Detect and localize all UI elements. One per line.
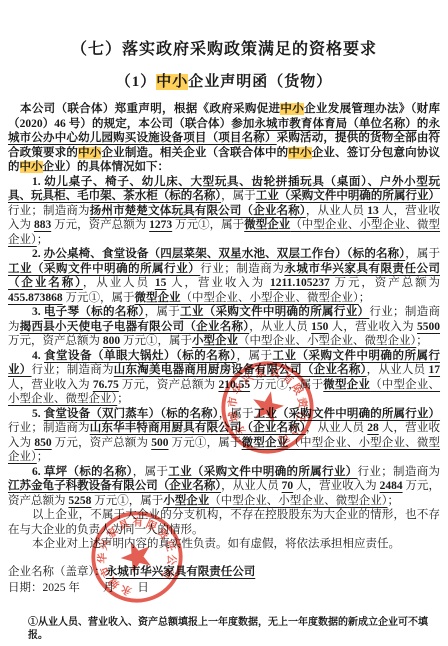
text-run: 1211.105237	[270, 277, 330, 289]
text-run: 万元①，属于	[91, 495, 163, 507]
text-run: 企业）的具体情况如下：	[43, 161, 170, 173]
paragraph: 本公司（联合体）郑重声明，根据《政府采购促进中小企业发展管理办法》（财库（202…	[8, 102, 440, 175]
text-run: 行业；制造商为	[8, 205, 90, 217]
text-run: 5500	[417, 321, 440, 333]
text-run: 210.55	[218, 379, 250, 391]
text-run: 2.	[32, 248, 44, 260]
text-run: 5258	[68, 495, 91, 507]
date-line: 日期：2025 年 月 日	[8, 580, 440, 596]
text-run: 人，营业收入为	[166, 277, 270, 289]
company-name: 永城市华兴家具有限责任公司	[106, 566, 256, 578]
highlighted-text: 中小	[288, 147, 311, 159]
text-run: 企业声明函（货物）	[188, 74, 332, 90]
text-run: 455.873868	[8, 292, 63, 304]
text-run: 万元，资产总额为	[330, 277, 440, 289]
text-run: ，从业人员	[221, 480, 282, 492]
text-run: 万元①，属于	[168, 437, 241, 449]
text-run: ，从业人员	[367, 364, 429, 376]
text-run: 人，营业收入为	[328, 321, 417, 333]
text-run: （中型企业、小型企业、微型企业）	[238, 335, 416, 347]
text-run: 万元①，属于	[250, 379, 323, 391]
text-run: 800	[103, 335, 120, 347]
paragraph: 6. 草坪（标的名称），属于工业（采购文件中明确的所属行业）行业；制造商为江苏金…	[8, 465, 440, 509]
highlighted-text: 中小	[280, 103, 304, 115]
text-run: （中型企业、小型企业、微型企业）	[181, 292, 359, 304]
text-run: 3.	[32, 306, 44, 318]
text-run: ，属于	[221, 190, 256, 202]
text-run: 万元，资产总额为	[52, 437, 152, 449]
text-run: ，从业人员	[83, 277, 155, 289]
text-run: 工业（采购文件中明确的所属行业）	[254, 408, 440, 420]
company-name-line: 企业名称（盖章）：永城市华兴家具有限责任公司	[8, 564, 440, 580]
text-run: ；	[37, 451, 49, 463]
text-run: 人，营业收入为	[293, 480, 379, 492]
text-run: 永城市教育体育局（单位名称）	[254, 118, 416, 130]
text-run: 万元，资产总额为	[8, 335, 103, 347]
text-run: 15	[155, 277, 167, 289]
text-run: 工业（采购文件中明确的所属行业）	[180, 306, 369, 318]
paragraph: 以上企业，不属于大企业的分支机构，不存在控股股东为大企业的情形，也不存在与大企业…	[8, 508, 440, 537]
text-run: 13	[367, 205, 379, 217]
text-run: 微型企业	[242, 437, 289, 449]
text-run: 扬州市楚楚文体玩具有限公司（企业名称）	[90, 205, 306, 217]
text-run: 江苏金龟子科教设备有限公司（企业名称）	[8, 480, 221, 492]
text-run: ；	[117, 393, 129, 405]
text-run: 883	[34, 219, 51, 231]
paragraph: 本企业对上述声明内容的真实性负责。如有虚假，将依法承担相应责任。	[8, 537, 440, 552]
text-run: 4.	[32, 350, 44, 362]
text-run: 草坪（标的名称）	[44, 466, 133, 478]
company-label: 企业名称（盖章）：	[8, 566, 106, 578]
text-run: ，属于	[219, 408, 254, 420]
text-run: ；	[416, 335, 428, 347]
text-run: ，属于	[145, 306, 181, 318]
text-run: 揭西县小天使电子电器有限公司（企业名称）	[20, 321, 249, 333]
text-run: 150	[311, 321, 328, 333]
text-run: 微型企业	[135, 292, 181, 304]
text-run: ；	[388, 495, 400, 507]
text-run: 本公司（联合体）郑重声明，根据《政府采购促进	[20, 103, 280, 115]
highlighted-text: 中小	[78, 147, 101, 159]
text-run: 17	[429, 364, 441, 376]
text-run: 850	[34, 437, 51, 449]
highlighted-text: 中小	[20, 161, 43, 173]
text-run: 行业；制造商为	[358, 466, 441, 478]
paragraph: 3. 电子琴（标的名称），属于工业（采购文件中明确的所属行业）行业；制造商为揭西…	[8, 305, 440, 349]
text-run: 山东华丰特商用厨具有限公司（企业名称）	[90, 422, 306, 434]
text-run: ，属于	[133, 466, 169, 478]
paragraph: 4. 食堂设备（单眼大锅灶）（标的名称），属于工业（采购文件中明确的所属行业）行…	[8, 349, 440, 407]
text-run: 万元①，属于	[120, 335, 192, 347]
text-run: 工业（采购文件中明确的所属行业）	[256, 190, 440, 202]
text-run: （1）	[116, 74, 157, 90]
text-run: 万元①，属于	[63, 292, 135, 304]
svg-text:华: 华	[96, 552, 109, 563]
text-run: 办公桌椅、食堂设备（四层菜架、双星水池、双层工作台）（标的名称）	[44, 248, 406, 260]
text-run: 企业制造。相关企业（含联合体中的	[101, 147, 288, 159]
text-run: 微型企业	[323, 379, 370, 391]
paragraph: 5. 食堂设备（双门蒸车）（标的名称），属于工业（采购文件中明确的所属行业）行业…	[8, 407, 440, 465]
text-run: ，从业人员	[249, 321, 311, 333]
text-run: 1273	[149, 219, 172, 231]
text-run: 行业；制造商为	[8, 422, 90, 434]
document-page: （七）落实政府采购政策满足的资格要求 （1）中小企业声明函（货物） 本公司（联合…	[0, 0, 448, 646]
paragraph: 2. 办公桌椅、食堂设备（四层菜架、双星水池、双层工作台）（标的名称），属于工业…	[8, 247, 440, 305]
text-run: 微型企业	[244, 219, 290, 231]
text-run: 6.	[32, 466, 44, 478]
text-run: ；	[37, 234, 49, 246]
footnote: ①从业人员、营业收入、资产总额填报上一年度数据，无上一年度数据的新成立企业可不填…	[28, 616, 440, 642]
text-run: 以上企业，不属于大企业的分支机构，不存在控股股东为大企业的情形，也不存在与大企业…	[8, 509, 440, 536]
doc-title: （七）落实政府采购政策满足的资格要求	[8, 40, 440, 60]
text-run: （中型企业、小型企业、微型企业）	[209, 495, 387, 507]
text-run: ，从业人员	[306, 205, 367, 217]
text-run: ；	[359, 292, 371, 304]
text-run: 本企业对上述声明内容的真实性负责。如有虚假，将依法承担相应责任。	[32, 538, 400, 550]
doc-subtitle: （1）中小企业声明函（货物）	[8, 73, 440, 92]
text-run: 28	[367, 422, 379, 434]
text-run: 工业（采购文件中明确的所属行业）	[8, 263, 200, 275]
text-run: 小型企业	[192, 335, 238, 347]
text-run: 2484	[380, 480, 403, 492]
text-run: ，属于	[237, 350, 273, 362]
text-run: 电子琴（标的名称）	[44, 306, 145, 318]
text-run: 1.	[32, 176, 44, 188]
text-run: ，从业人员	[306, 422, 367, 434]
text-run: 人，营业收入为	[8, 379, 93, 391]
text-run: 500	[151, 437, 168, 449]
document-body: 本公司（联合体）郑重声明，根据《政府采购促进中小企业发展管理办法》（财库（202…	[8, 102, 440, 552]
text-run: 5.	[32, 408, 44, 420]
text-run: 万元，资产总额为	[119, 379, 219, 391]
text-run: 76.75	[93, 379, 119, 391]
text-run: 70	[282, 480, 294, 492]
signature-block: 企业名称（盖章）：永城市华兴家具有限责任公司 日期：2025 年 月 日	[8, 564, 440, 596]
text-run: 山东淘美电器商用厨房设备有限公司（企业名称）	[114, 364, 367, 376]
text-run: 食堂设备（单眼大锅灶）（标的名称）	[44, 350, 237, 362]
text-run: 的	[417, 118, 429, 130]
text-run: ，属于	[405, 248, 440, 260]
text-run: 行业；制造商为	[200, 263, 284, 275]
text-run: 小型企业	[163, 495, 209, 507]
text-run: 食堂设备（双门蒸车）（标的名称）	[44, 408, 219, 420]
text-run: 万元①，属于	[172, 219, 244, 231]
text-run: 万元，资产总额为	[51, 219, 149, 231]
paragraph: 1. 幼儿桌子、椅子、幼儿床、大型玩具、齿轮拼插玩具（桌面）、户外小型玩具、玩具…	[8, 175, 440, 248]
text-run: 行业；制造商为	[32, 364, 114, 376]
highlighted-text: 中小	[156, 74, 188, 90]
text-run: 工业（采购文件中明确的所属行业）	[168, 466, 357, 478]
